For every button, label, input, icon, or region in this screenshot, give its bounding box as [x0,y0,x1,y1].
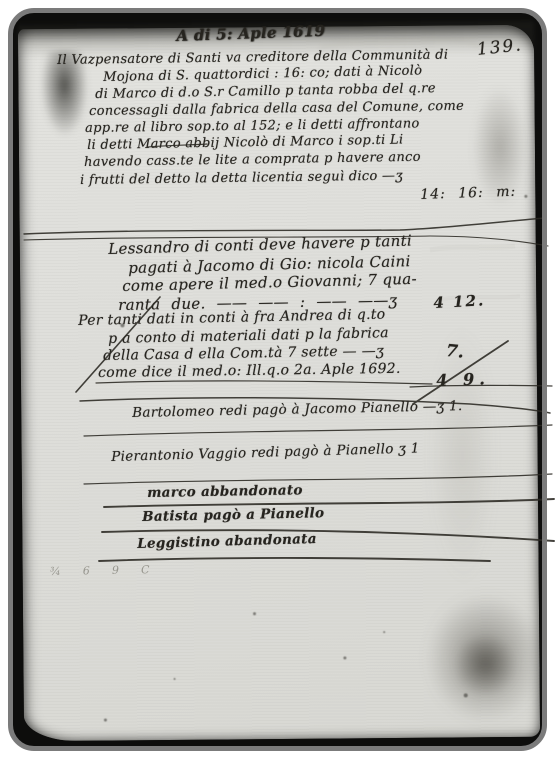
scanned-manuscript-screenshot: A di 5: Aple 1619 139. Il Vazpensatore d… [0,0,555,760]
photo-frame-border [8,8,547,751]
